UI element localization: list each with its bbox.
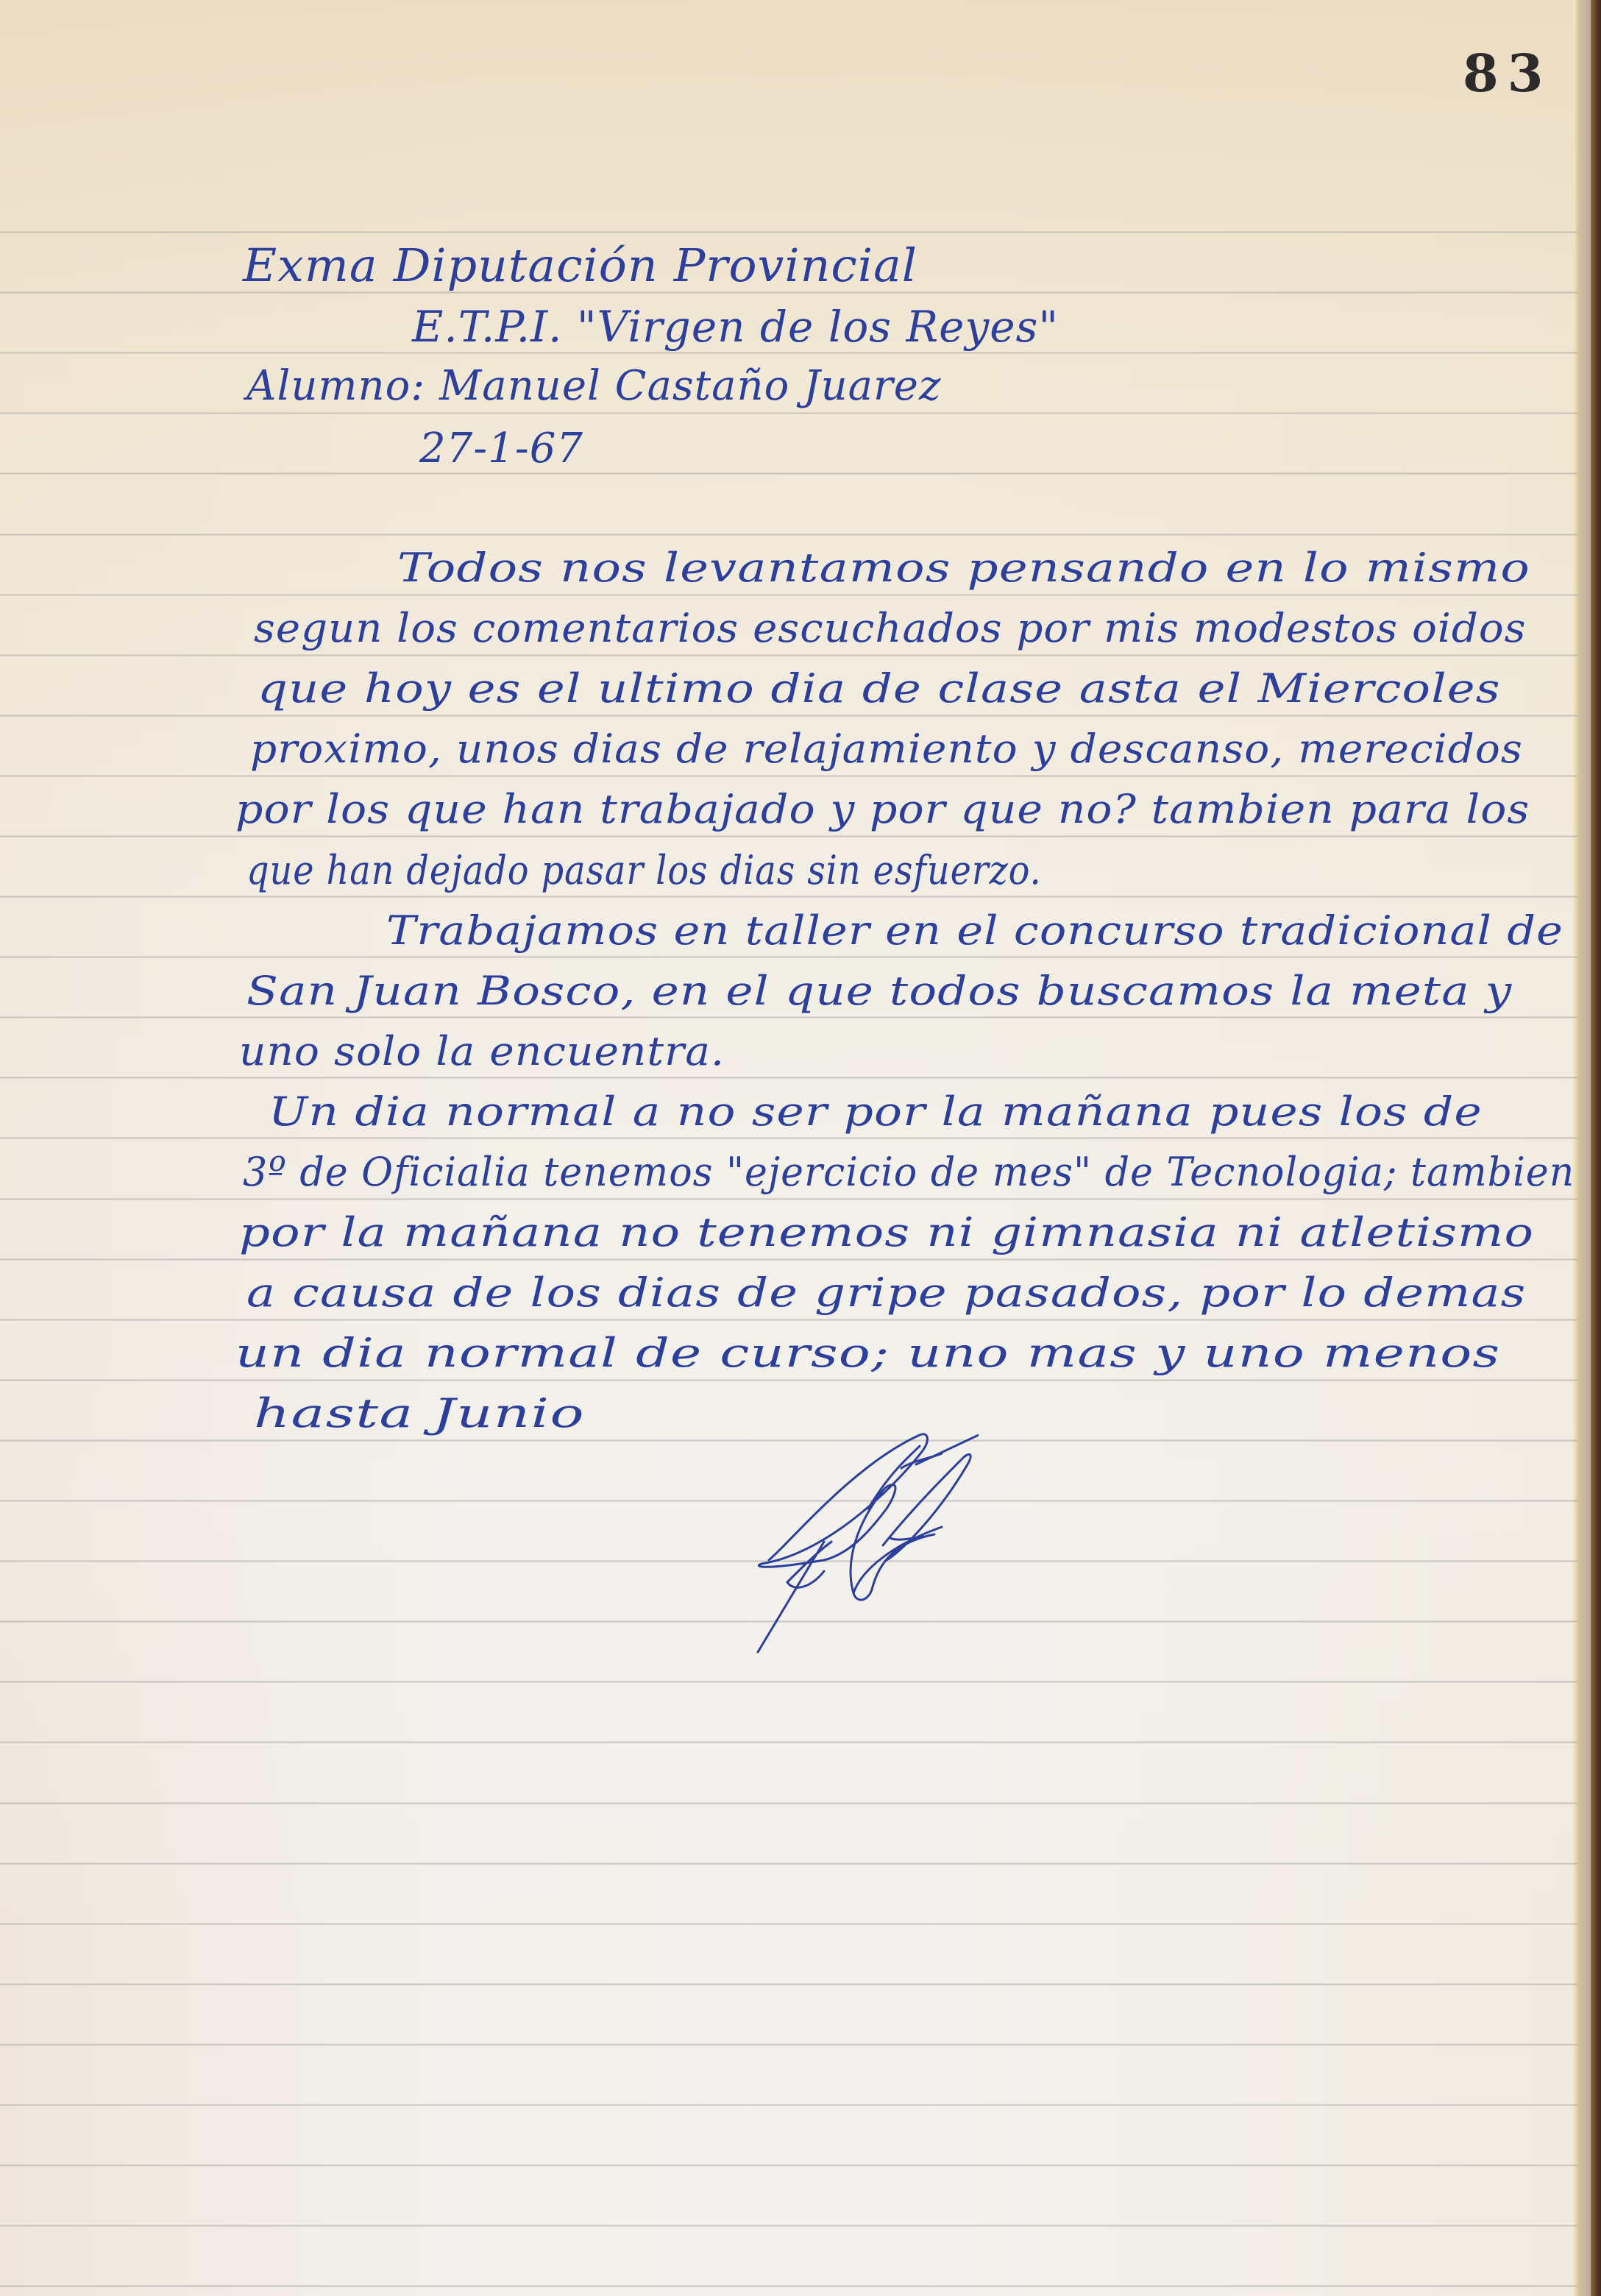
handwritten-line: hasta Junio — [254, 1394, 585, 1434]
ruled-line — [0, 956, 1577, 958]
header-student: Alumno: Manuel Castaño Juarez — [246, 366, 941, 407]
ruled-line — [0, 594, 1577, 596]
next-page-edge — [1576, 0, 1591, 2296]
ruled-line — [0, 2225, 1577, 2227]
handwritten-line: proximo, unos dias de relajamiento y des… — [250, 729, 1523, 769]
header-date: 27-1-67 — [419, 428, 583, 470]
ruled-line — [0, 1258, 1577, 1261]
handwritten-line: un dia normal de curso; uno mas y uno me… — [235, 1333, 1500, 1373]
ruled-line — [0, 1983, 1577, 1985]
handwritten-line: Todos nos levantamos pensando en lo mism… — [397, 548, 1530, 588]
ruled-line — [0, 775, 1577, 777]
ruled-line — [0, 654, 1577, 656]
signature — [743, 1413, 979, 1656]
ruled-line — [0, 231, 1577, 233]
header-institution: Exma Diputación Provincial — [243, 243, 917, 288]
handwritten-line: que hoy es el ultimo dia de clase asta e… — [258, 669, 1501, 709]
ruled-line — [0, 1923, 1577, 1925]
ruled-line — [0, 715, 1577, 717]
ruled-line — [0, 2164, 1577, 2166]
ruled-line — [0, 2104, 1577, 2106]
header-school: E.T.P.I. "Virgen de los Reyes" — [412, 305, 1059, 348]
notebook-page: 83 Exma Diputación Provincial E.T.P.I. "… — [0, 0, 1577, 2296]
ruled-line — [0, 1198, 1577, 1200]
ruled-line — [0, 835, 1577, 837]
book-binding — [1591, 0, 1601, 2296]
handwritten-line: Un dia normal a no ser por la mañana pue… — [269, 1092, 1483, 1132]
ruled-line — [0, 2285, 1577, 2287]
page-number: 83 — [1463, 43, 1552, 104]
ruled-line — [0, 1741, 1577, 1743]
ruled-line — [0, 1137, 1577, 1139]
ruled-line — [0, 352, 1577, 354]
handwritten-line: 3º de Oficialia tenemos "ejercicio de me… — [243, 1152, 1575, 1192]
ruled-line — [0, 1016, 1577, 1018]
handwritten-line: San Juan Bosco, en el que todos buscamos… — [246, 971, 1512, 1011]
handwritten-line: segun los comentarios escuchados por mis… — [254, 609, 1526, 648]
ruled-line — [0, 1681, 1577, 1683]
ruled-line — [0, 412, 1577, 414]
ruled-line — [0, 472, 1577, 475]
handwritten-line: que han dejado pasar los dias sin esfuer… — [246, 851, 1042, 890]
ruled-line — [0, 2044, 1577, 2046]
handwritten-line: a causa de los dias de gripe pasados, po… — [246, 1273, 1526, 1313]
handwritten-line: uno solo la encuentra. — [239, 1032, 725, 1071]
handwritten-line: por la mañana no tenemos ni gimnasia ni … — [239, 1213, 1534, 1252]
ruled-line — [0, 1379, 1577, 1381]
handwritten-line: Trabajamos en taller en el concurso trad… — [386, 911, 1563, 951]
ruled-line — [0, 1319, 1577, 1321]
handwritten-line: por los que han trabajado y por que no? … — [235, 790, 1530, 829]
ruled-line — [0, 534, 1577, 536]
ruled-line — [0, 1077, 1577, 1079]
ruled-line — [0, 1863, 1577, 1865]
ruled-line — [0, 1802, 1577, 1804]
ruled-line — [0, 896, 1577, 898]
